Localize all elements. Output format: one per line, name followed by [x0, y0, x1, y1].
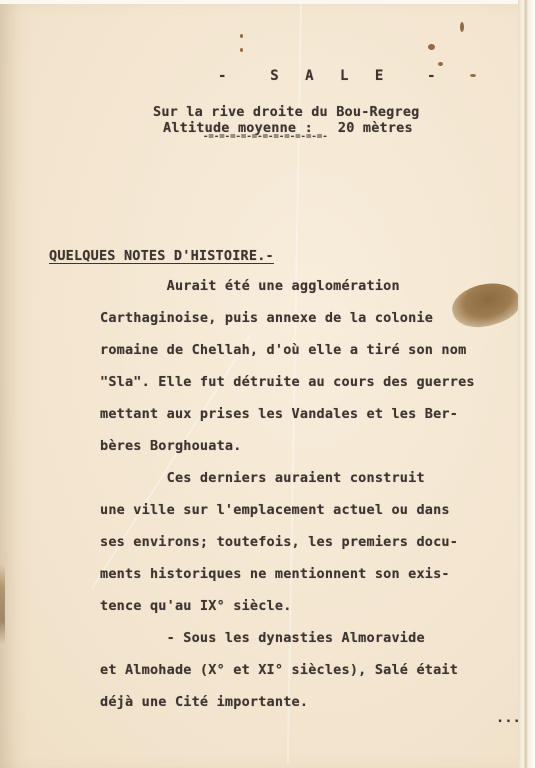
- text-line: ses environs; toutefois, les premiers do…: [100, 534, 458, 550]
- text-line: mettant aux prises les Vandales et les B…: [100, 406, 458, 422]
- binding-shadow: [0, 564, 5, 644]
- text-line: une ville sur l'emplacement actuel ou da…: [100, 502, 450, 518]
- text-line: bères Borghouata.: [100, 438, 242, 454]
- text-line: Carthaginoise, puis annexe de la colonie: [100, 310, 433, 326]
- text-line: - Sous les dynasties Almoravide: [100, 630, 425, 646]
- speck: [240, 48, 243, 52]
- text-line: déjà une Cité importante.: [100, 694, 308, 710]
- text-line: tence qu'au IX° siècle.: [100, 598, 292, 614]
- location-subtitle: Sur la rive droite du Bou-Regreg: [153, 104, 420, 120]
- paper-crease: [91, 334, 252, 589]
- document-page: - S A L E - Sur la rive droite du Bou-Re…: [0, 4, 518, 768]
- document-title: - S A L E -: [218, 68, 445, 84]
- speck: [470, 74, 476, 77]
- text-line: ments historiques ne mentionnent son exi…: [100, 566, 450, 582]
- page-stack-edge: [518, 0, 535, 768]
- speck: [438, 62, 443, 66]
- speck: [460, 22, 464, 32]
- text-line: "Sla". Elle fut détruite au cours des gu…: [100, 374, 475, 390]
- text-line: Ces derniers auraient construit: [100, 470, 425, 486]
- text-line: romaine de Chellah, d'où elle a tiré son…: [100, 342, 466, 358]
- ink-stain: [447, 275, 525, 336]
- text-line: Aurait été une agglomération: [100, 278, 400, 294]
- header-separator: -=-=-=-=-=-=-=-=-=-=-=-: [203, 132, 328, 142]
- text-line: et Almohade (X° et XI° siècles), Salé ét…: [100, 662, 458, 678]
- section-heading: QUELQUES NOTES D'HISTOIRE.-: [49, 248, 274, 264]
- speck: [240, 34, 243, 38]
- speck: [428, 44, 435, 50]
